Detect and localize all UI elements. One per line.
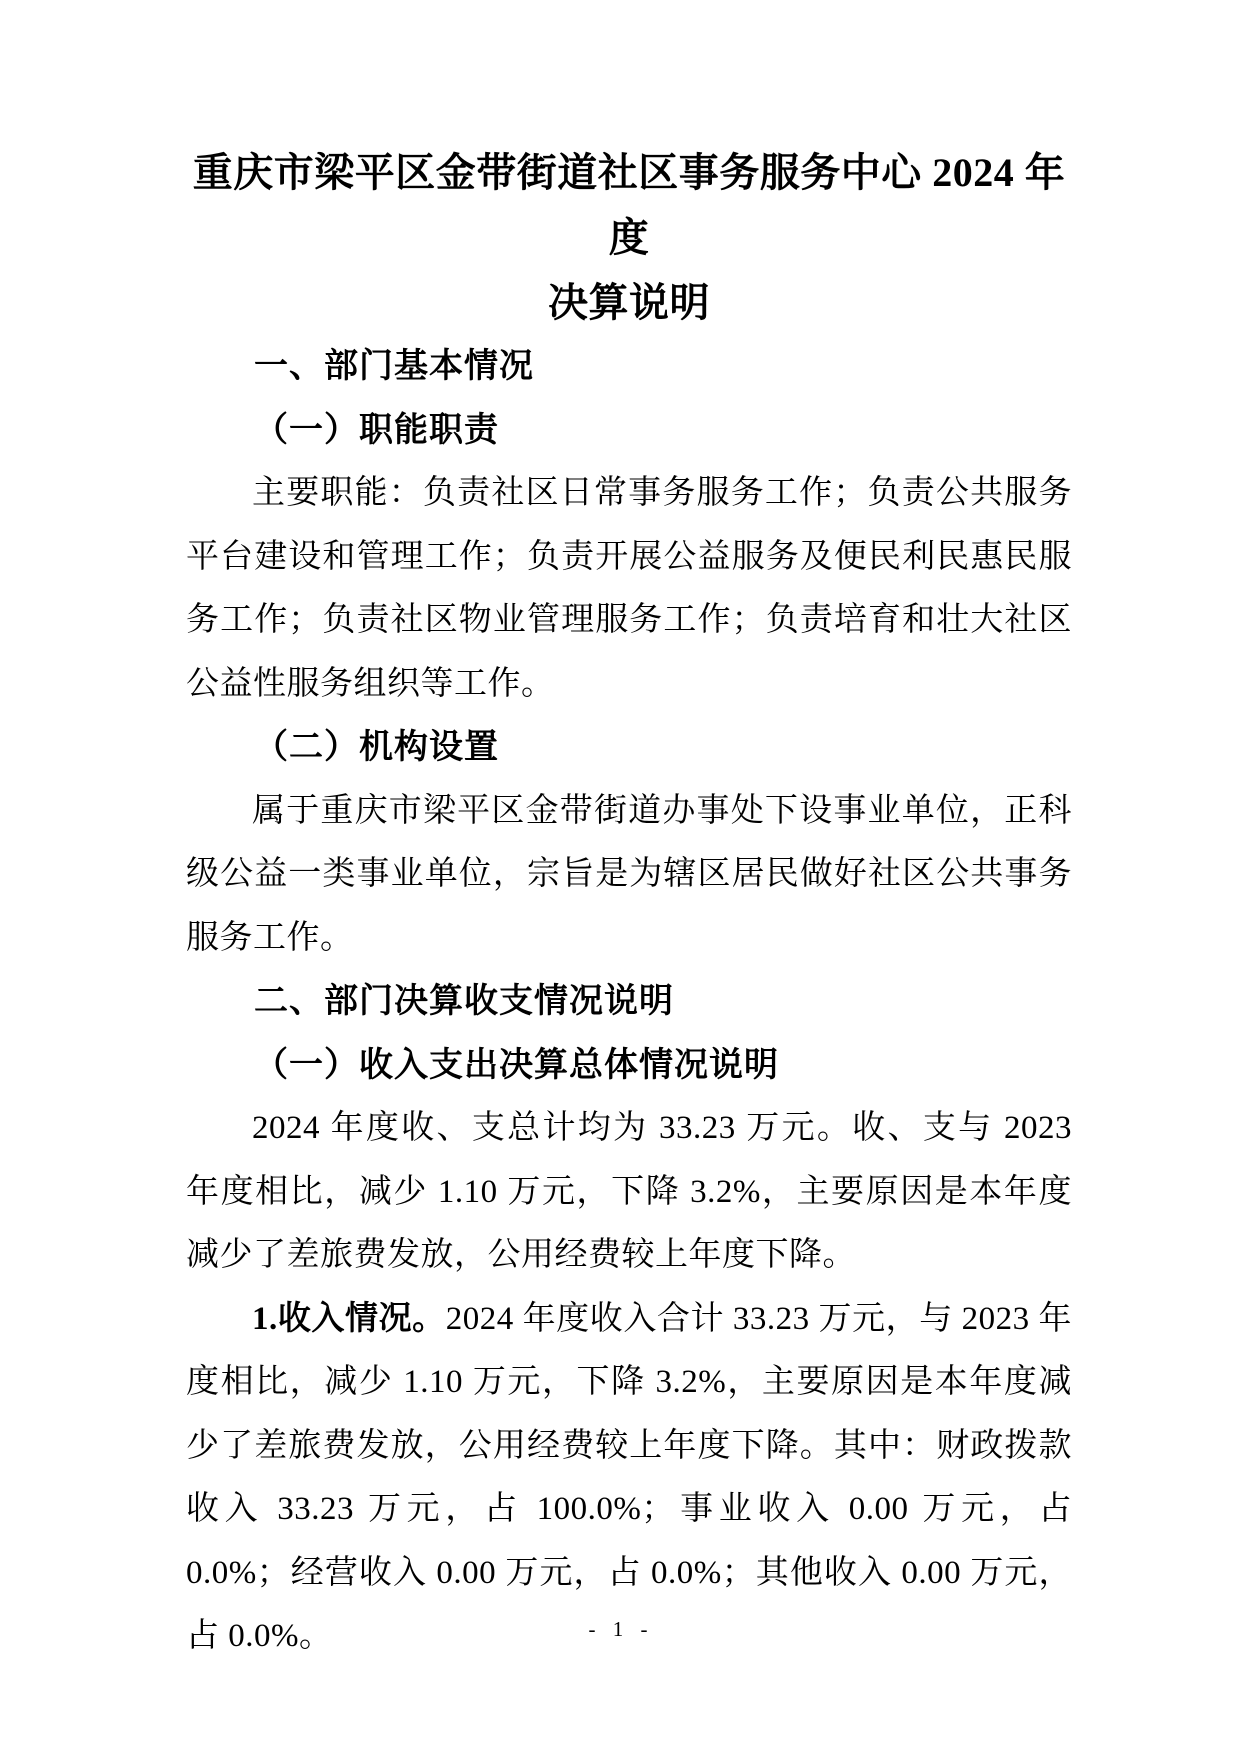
- page-number: - 1 -: [0, 1616, 1242, 1642]
- document-title-line-1: 重庆市梁平区金带街道社区事务服务中心 2024 年度: [186, 140, 1072, 270]
- document-title: 重庆市梁平区金带街道社区事务服务中心 2024 年度 决算说明: [186, 140, 1072, 335]
- document-page: 重庆市梁平区金带街道社区事务服务中心 2024 年度 决算说明 一、部门基本情况…: [0, 0, 1242, 1755]
- subsection-heading-overall: （一）收入支出决算总体情况说明: [186, 1034, 1072, 1098]
- section-heading-budget: 二、部门决算收支情况说明: [186, 970, 1072, 1034]
- paragraph-income-body: 2024 年度收入合计 33.23 万元，与 2023 年度相比，减少 1.10…: [186, 1301, 1072, 1655]
- subsection-heading-duties: （一）职能职责: [186, 399, 1072, 463]
- paragraph-organization: 属于重庆市梁平区金带街道办事处下设事业单位，正科级公益一类事业单位，宗旨是为辖区…: [186, 780, 1072, 971]
- paragraph-income: 1.收入情况。2024 年度收入合计 33.23 万元，与 2023 年度相比，…: [186, 1288, 1072, 1669]
- paragraph-duties: 主要职能：负责社区日常事务服务工作；负责公共服务平台建设和管理工作；负责开展公益…: [186, 462, 1072, 716]
- document-title-line-2: 决算说明: [186, 270, 1072, 335]
- section-heading-basic-info: 一、部门基本情况: [186, 335, 1072, 399]
- subsection-heading-organization: （二）机构设置: [186, 716, 1072, 780]
- document-content: 重庆市梁平区金带街道社区事务服务中心 2024 年度 决算说明 一、部门基本情况…: [186, 140, 1072, 1669]
- paragraph-income-lead: 1.收入情况。: [252, 1301, 446, 1337]
- paragraph-overall-budget: 2024 年度收、支总计均为 33.23 万元。收、支与 2023 年度相比，减…: [186, 1097, 1072, 1288]
